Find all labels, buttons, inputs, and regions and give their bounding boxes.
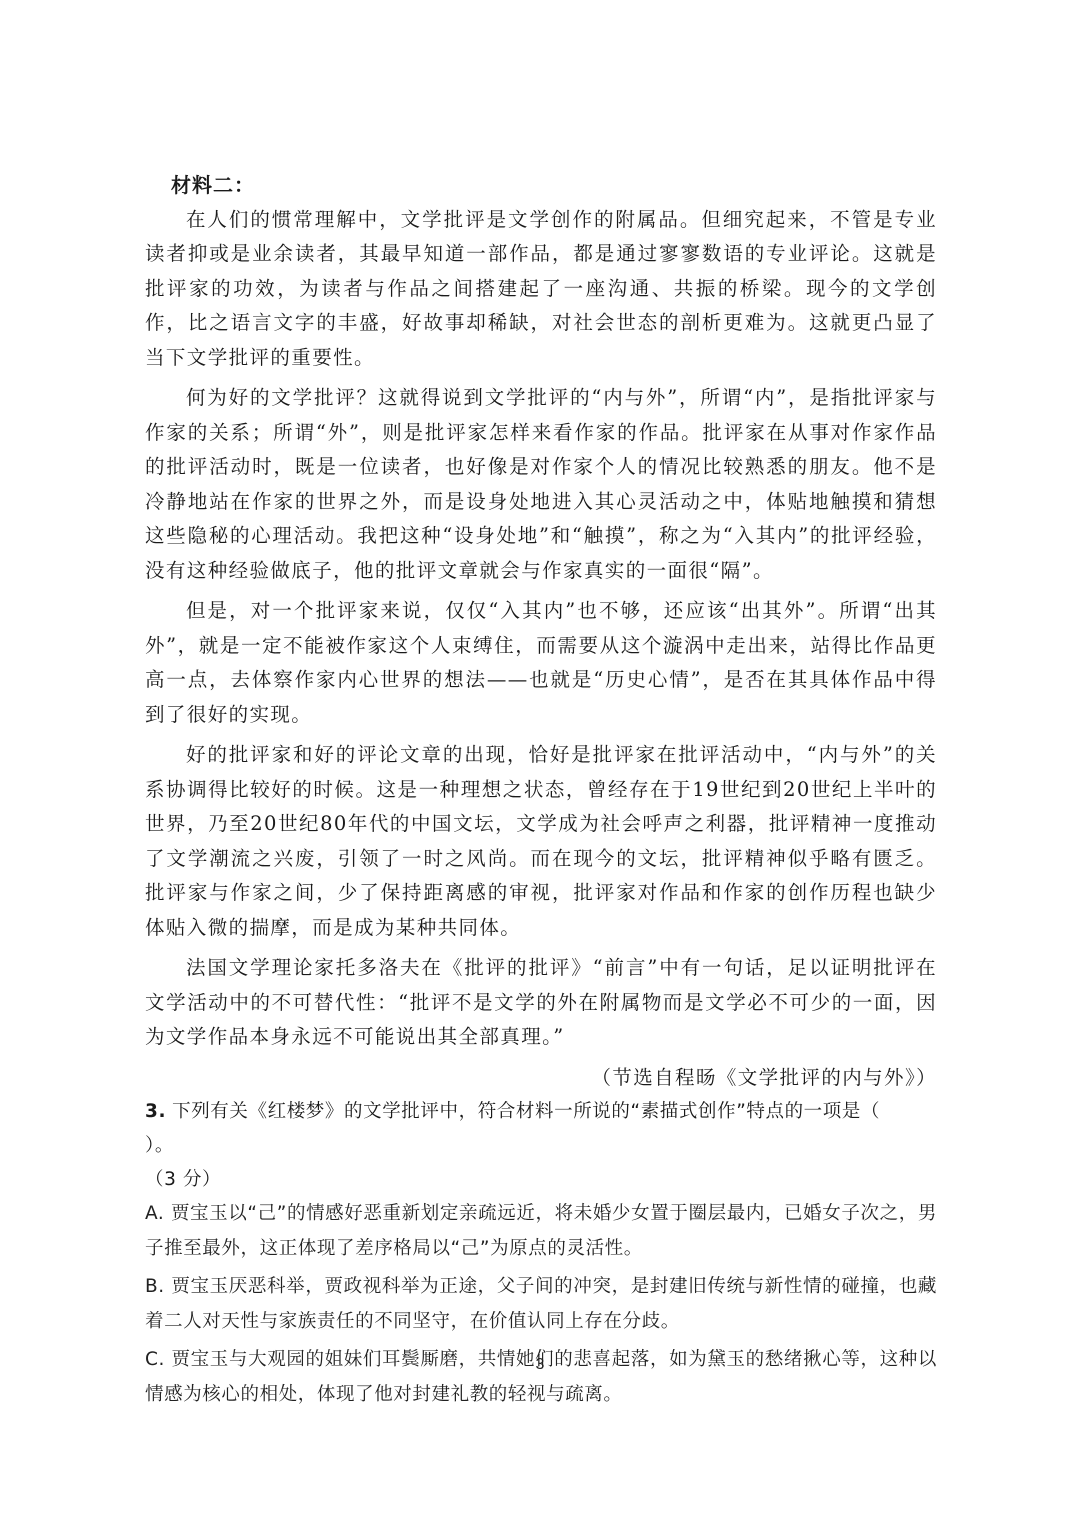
question-stem: 3.下列有关《红楼梦》的文学批评中，符合材料一所说的“素描式创作”特点的一项是（… [145,1095,937,1163]
option-c: C. 贾宝玉与大观园的姐妹们耳鬓厮磨，共情她们的悲喜起落，如为黛玉的愁绪揪心等，… [145,1343,937,1412]
option-a: A. 贾宝玉以“己”的情感好恶重新划定亲疏远近，将未婚少女置于圈层最内，已婚女子… [145,1197,937,1266]
paragraph: 法国文学理论家托多洛夫在《批评的批评》“前言”中有一句话，足以证明批评在文学活动… [145,951,937,1055]
paragraph: 何为好的文学批评？这就得说到文学批评的“内与外”，所谓“内”，是指批评家与作家的… [145,381,937,588]
question-text-end: ）。 [145,1135,174,1156]
exam-page: 材料二： 在人们的惯常理解中，文学批评是文学创作的附属品。但细究起来，不管是专业… [0,0,1080,1527]
question-points: （3 分） [145,1163,937,1197]
question-number: 3. [145,1101,166,1122]
paragraph: 但是，对一个批评家来说，仅仅“入其内”也不够，还应该“出其外”。所谓“出其外”，… [145,594,937,732]
page-number: 3 [530,1356,550,1374]
option-label: A. [145,1203,164,1224]
paragraph: 在人们的惯常理解中，文学批评是文学创作的附属品。但细究起来，不管是专业读者抑或是… [145,203,937,376]
question-text: 下列有关《红楼梦》的文学批评中，符合材料一所说的“素描式创作”特点的一项是（ [172,1101,880,1122]
option-text: 贾宝玉以“己”的情感好恶重新划定亲疏远近，将未婚少女置于圈层最内，已婚女子次之，… [145,1203,937,1259]
option-text: 贾宝玉厌恶科举，贾政视科举为正途，父子间的冲突，是封建旧传统与新性情的碰撞，也藏… [145,1276,937,1332]
source-citation: （节选自程旸《文学批评的内与外》） [145,1061,937,1096]
option-label: B. [145,1276,165,1297]
paragraph: 好的批评家和好的评论文章的出现，恰好是批评家在批评活动中，“内与外”的关系协调得… [145,738,937,945]
option-label: C. [145,1349,165,1370]
option-b: B. 贾宝玉厌恶科举，贾政视科举为正途，父子间的冲突，是封建旧传统与新性情的碰撞… [145,1270,937,1339]
page-content: 材料二： 在人们的惯常理解中，文学批评是文学创作的附属品。但细究起来，不管是专业… [145,168,937,1416]
section-heading: 材料二： [171,168,937,203]
